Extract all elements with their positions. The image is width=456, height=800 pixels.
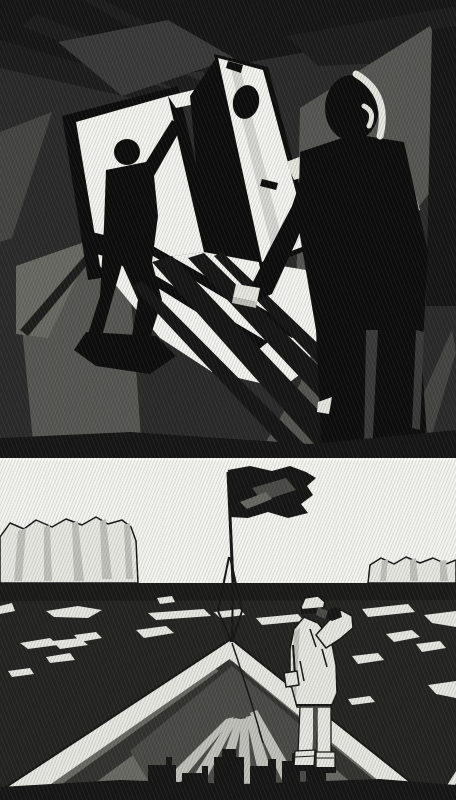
- mitten: [284, 671, 299, 687]
- leg-left: [298, 707, 315, 753]
- panel-ship-interior: [0, 0, 456, 458]
- silhouette-man-head: [114, 139, 140, 165]
- boot-right: [316, 752, 335, 768]
- panel-ship-bow: [0, 461, 456, 800]
- illustration: [0, 0, 456, 800]
- boot-left: [294, 750, 315, 766]
- iceberg-left: [0, 517, 138, 583]
- iceberg-right: [368, 557, 456, 583]
- leg-right: [317, 707, 331, 754]
